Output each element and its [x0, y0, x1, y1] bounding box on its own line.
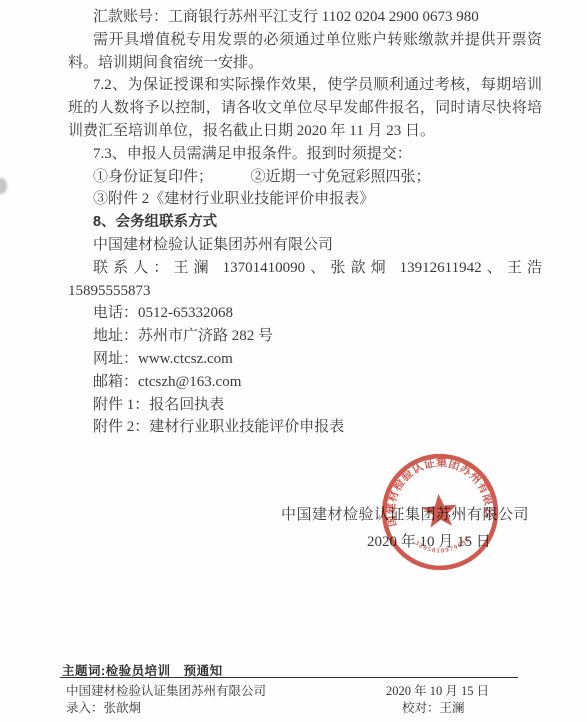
paragraph: 7.3、申报人员需满足申报条件。报到时须提交：: [68, 143, 542, 166]
scan-artifact: [0, 178, 7, 194]
seal-star-icon: [421, 492, 459, 528]
paragraph: 附件 2：建材行业职业技能评价申报表: [68, 416, 542, 439]
paragraph: 8、会务组联系方式: [68, 211, 542, 234]
paragraph: 需开具增值税专用发票的必须通过单位账户转账缴款并提供开票资料。培训期间食宿统一安…: [68, 29, 542, 75]
paragraph: 附件 1：报名回执表: [68, 394, 542, 417]
paragraph: 电话：0512-65332068: [68, 302, 542, 325]
footer-date: 2020 年 10 月 15 日: [386, 681, 489, 699]
paragraph: 7.2、为保证授课和实际操作效果，使学员顺利通过考核，每期培训班的人数将予以控制…: [68, 74, 542, 142]
paragraph: 地址：苏州市广济路 282 号: [68, 325, 542, 348]
official-seal: 中国建材检验认证集团苏州有限公司 3205010979698: [372, 444, 509, 581]
footer-divider: [60, 677, 518, 678]
paragraph: 中国建材检验认证集团苏州有限公司: [68, 234, 542, 257]
scanned-document-page: 汇款账号：工商银行苏州平江支行 1102 0204 2900 0673 980 …: [0, 0, 587, 722]
footer-proofread-by: 校对：王澜: [402, 698, 465, 716]
paragraph: 邮箱：ctcszh@163.com: [68, 371, 542, 394]
paragraph: 网址：www.ctcsz.com: [68, 348, 542, 371]
document-body: 汇款账号：工商银行苏州平江支行 1102 0204 2900 0673 980 …: [68, 6, 542, 439]
seal-serial-number: 3205010979698: [413, 535, 473, 557]
paragraph: 汇款账号：工商银行苏州平江支行 1102 0204 2900 0673 980: [68, 6, 542, 29]
footer-company: 中国建材检验认证集团苏州有限公司: [66, 681, 266, 699]
paragraph: ①身份证复印件； ②近期一寸免冠彩照四张；: [68, 166, 542, 189]
footer-entry-by: 录入：张歆炯: [66, 698, 141, 716]
paragraph: ③附件 2《建材行业职业技能评价申报表》: [68, 188, 542, 211]
paragraph: 联系人：王澜 13701410090、张歆炯 13912611942、王浩 15…: [68, 257, 542, 303]
